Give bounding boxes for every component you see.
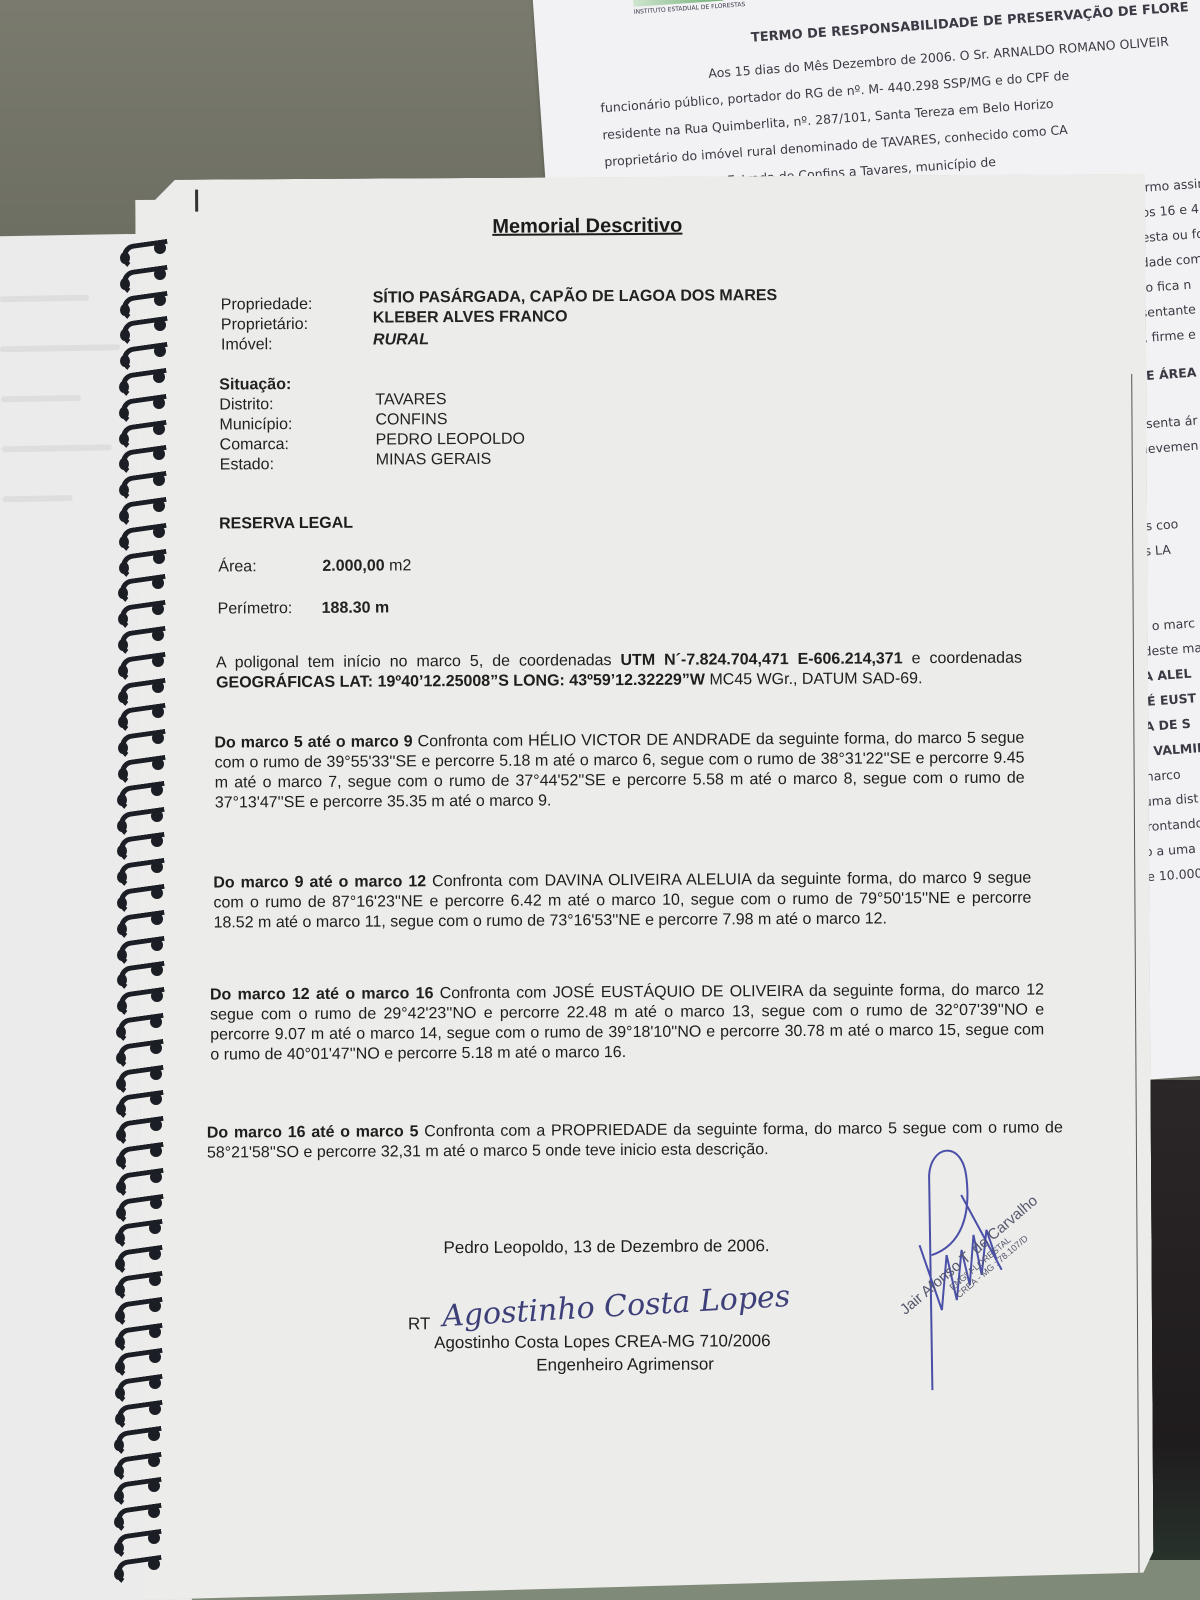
segment-paragraph: Do marco 5 até o marco 9 Confronta com H… (214, 729, 1024, 814)
distrito-value: TAVARES (375, 390, 446, 410)
distrito-label: Distrito: (219, 395, 273, 415)
imovel-value: RURAL (373, 330, 429, 350)
binding-ring (110, 1453, 160, 1475)
comarca-value: PEDRO LEOPOLDO (376, 430, 525, 451)
area-value: 2.000,00 (322, 557, 384, 574)
imovel-label: Imóvel: (221, 335, 273, 355)
binding-ring (114, 679, 164, 701)
perimetro-value: 188.30 m (322, 598, 390, 618)
intro-text: e coordenadas (903, 650, 1022, 668)
binding-ring (116, 266, 166, 288)
binding-ring (112, 1091, 162, 1113)
binding-ring (116, 317, 166, 339)
segment-heading: Do marco 5 até o marco 9 (214, 733, 412, 751)
owner-label: Proprietário: (221, 315, 308, 336)
binding-ring (111, 1401, 161, 1423)
geographic-coordinates: GEOGRÁFICAS LAT: 19º40’12.25008”S LONG: … (216, 672, 705, 692)
segment-heading: Do marco 12 até o marco 16 (210, 985, 434, 1003)
binding-ring (115, 524, 165, 546)
intro-text: A poligonal tem início no marco 5, de co… (216, 652, 621, 671)
binding-ring (113, 885, 163, 907)
binding-ring (111, 1298, 161, 1320)
binding-ring (112, 1143, 162, 1165)
rt-name-crea: Agostinho Costa Lopes CREA-MG 710/2006 (434, 1331, 771, 1353)
utm-coordinates: UTM N´-7.824.704,471 E-606.214,371 (620, 650, 902, 669)
binding-ring (113, 988, 163, 1010)
page-title: Memorial Descritivo (492, 215, 682, 239)
binding-ring (112, 1117, 162, 1139)
memorial-descritivo-page: Memorial Descritivo Propriedade: SÍTIO P… (135, 174, 1154, 1600)
binding-ring (110, 1427, 160, 1449)
binding-ring (111, 1272, 161, 1294)
rt-signature: Agostinho Costa Lopes (441, 1279, 791, 1334)
binding-ring (114, 730, 164, 752)
rt-title: Engenheiro Agrimensor (536, 1354, 714, 1375)
municipio-label: Município: (219, 415, 292, 435)
reserva-legal-heading: RESERVA LEGAL (219, 515, 353, 534)
binding-ring (116, 292, 166, 314)
intro-paragraph: A poligonal tem início no marco 5, de co… (216, 649, 1022, 694)
binding-ring (114, 627, 164, 649)
page-edge (1131, 374, 1139, 1594)
binding-ring (111, 1375, 161, 1397)
binding-ring (110, 1504, 160, 1526)
binding-ring (114, 653, 164, 675)
binding-ring (111, 1246, 161, 1268)
binding-ring (113, 808, 163, 830)
perimetro-label: Perímetro: (218, 599, 293, 619)
estado-value: MINAS GERAIS (376, 450, 492, 471)
segment-heading: Do marco 9 até o marco 12 (213, 873, 426, 891)
binding-ring (113, 911, 163, 933)
binding-ring (114, 756, 164, 778)
area-label: Área: (218, 557, 256, 577)
binding-ring (113, 962, 163, 984)
segment-heading: Do marco 16 até o marco 5 (207, 1123, 419, 1141)
binding-ring (112, 1169, 162, 1191)
binding-ring (114, 601, 164, 623)
binding-ring (114, 704, 164, 726)
situacao-heading: Situação: (219, 375, 291, 395)
binding-ring (115, 369, 165, 391)
segment-paragraph: Do marco 12 até o marco 16 Confronta com… (210, 980, 1044, 1065)
owner-value: KLEBER ALVES FRANCO (373, 307, 568, 328)
estado-label: Estado: (220, 455, 274, 475)
binding-ring (116, 343, 166, 365)
binding-ring (113, 937, 163, 959)
intro-text: MC45 WGr., DATUM SAD-69. (705, 670, 923, 688)
segment-paragraph: Do marco 9 até o marco 12 Confronta com … (213, 869, 1031, 934)
binding-ring (111, 1349, 161, 1371)
comarca-label: Comarca: (220, 435, 289, 455)
binding-ring (112, 1040, 162, 1062)
spiral-binding (108, 240, 188, 1600)
binding-ring (111, 1324, 161, 1346)
page-tab-mark (195, 190, 198, 212)
binding-ring (115, 498, 165, 520)
binding-ring (115, 550, 165, 572)
binding-ring (113, 833, 163, 855)
binding-ring (115, 421, 165, 443)
area-unit: m2 (389, 557, 411, 574)
binding-ring (116, 240, 166, 262)
property-label: Propriedade: (221, 295, 313, 316)
binding-ring (115, 446, 165, 468)
municipio-value: CONFINS (375, 410, 447, 430)
binding-ring (110, 1530, 160, 1552)
rt-label: RT (408, 1314, 430, 1334)
binding-ring (115, 472, 165, 494)
binding-ring (112, 1014, 162, 1036)
binding-ring (110, 1478, 160, 1500)
binding-ring (114, 575, 164, 597)
property-value: SÍTIO PASÁRGADA, CAPÃO DE LAGOA DOS MARE… (373, 286, 778, 308)
binding-ring (113, 782, 163, 804)
binding-ring (111, 1220, 161, 1242)
binding-ring (110, 1556, 160, 1578)
binding-ring (115, 395, 165, 417)
binding-ring (112, 1195, 162, 1217)
binding-ring (112, 1066, 162, 1088)
binding-ring (113, 859, 163, 881)
place-date: Pedro Leopoldo, 13 de Dezembro de 2006. (443, 1236, 769, 1258)
